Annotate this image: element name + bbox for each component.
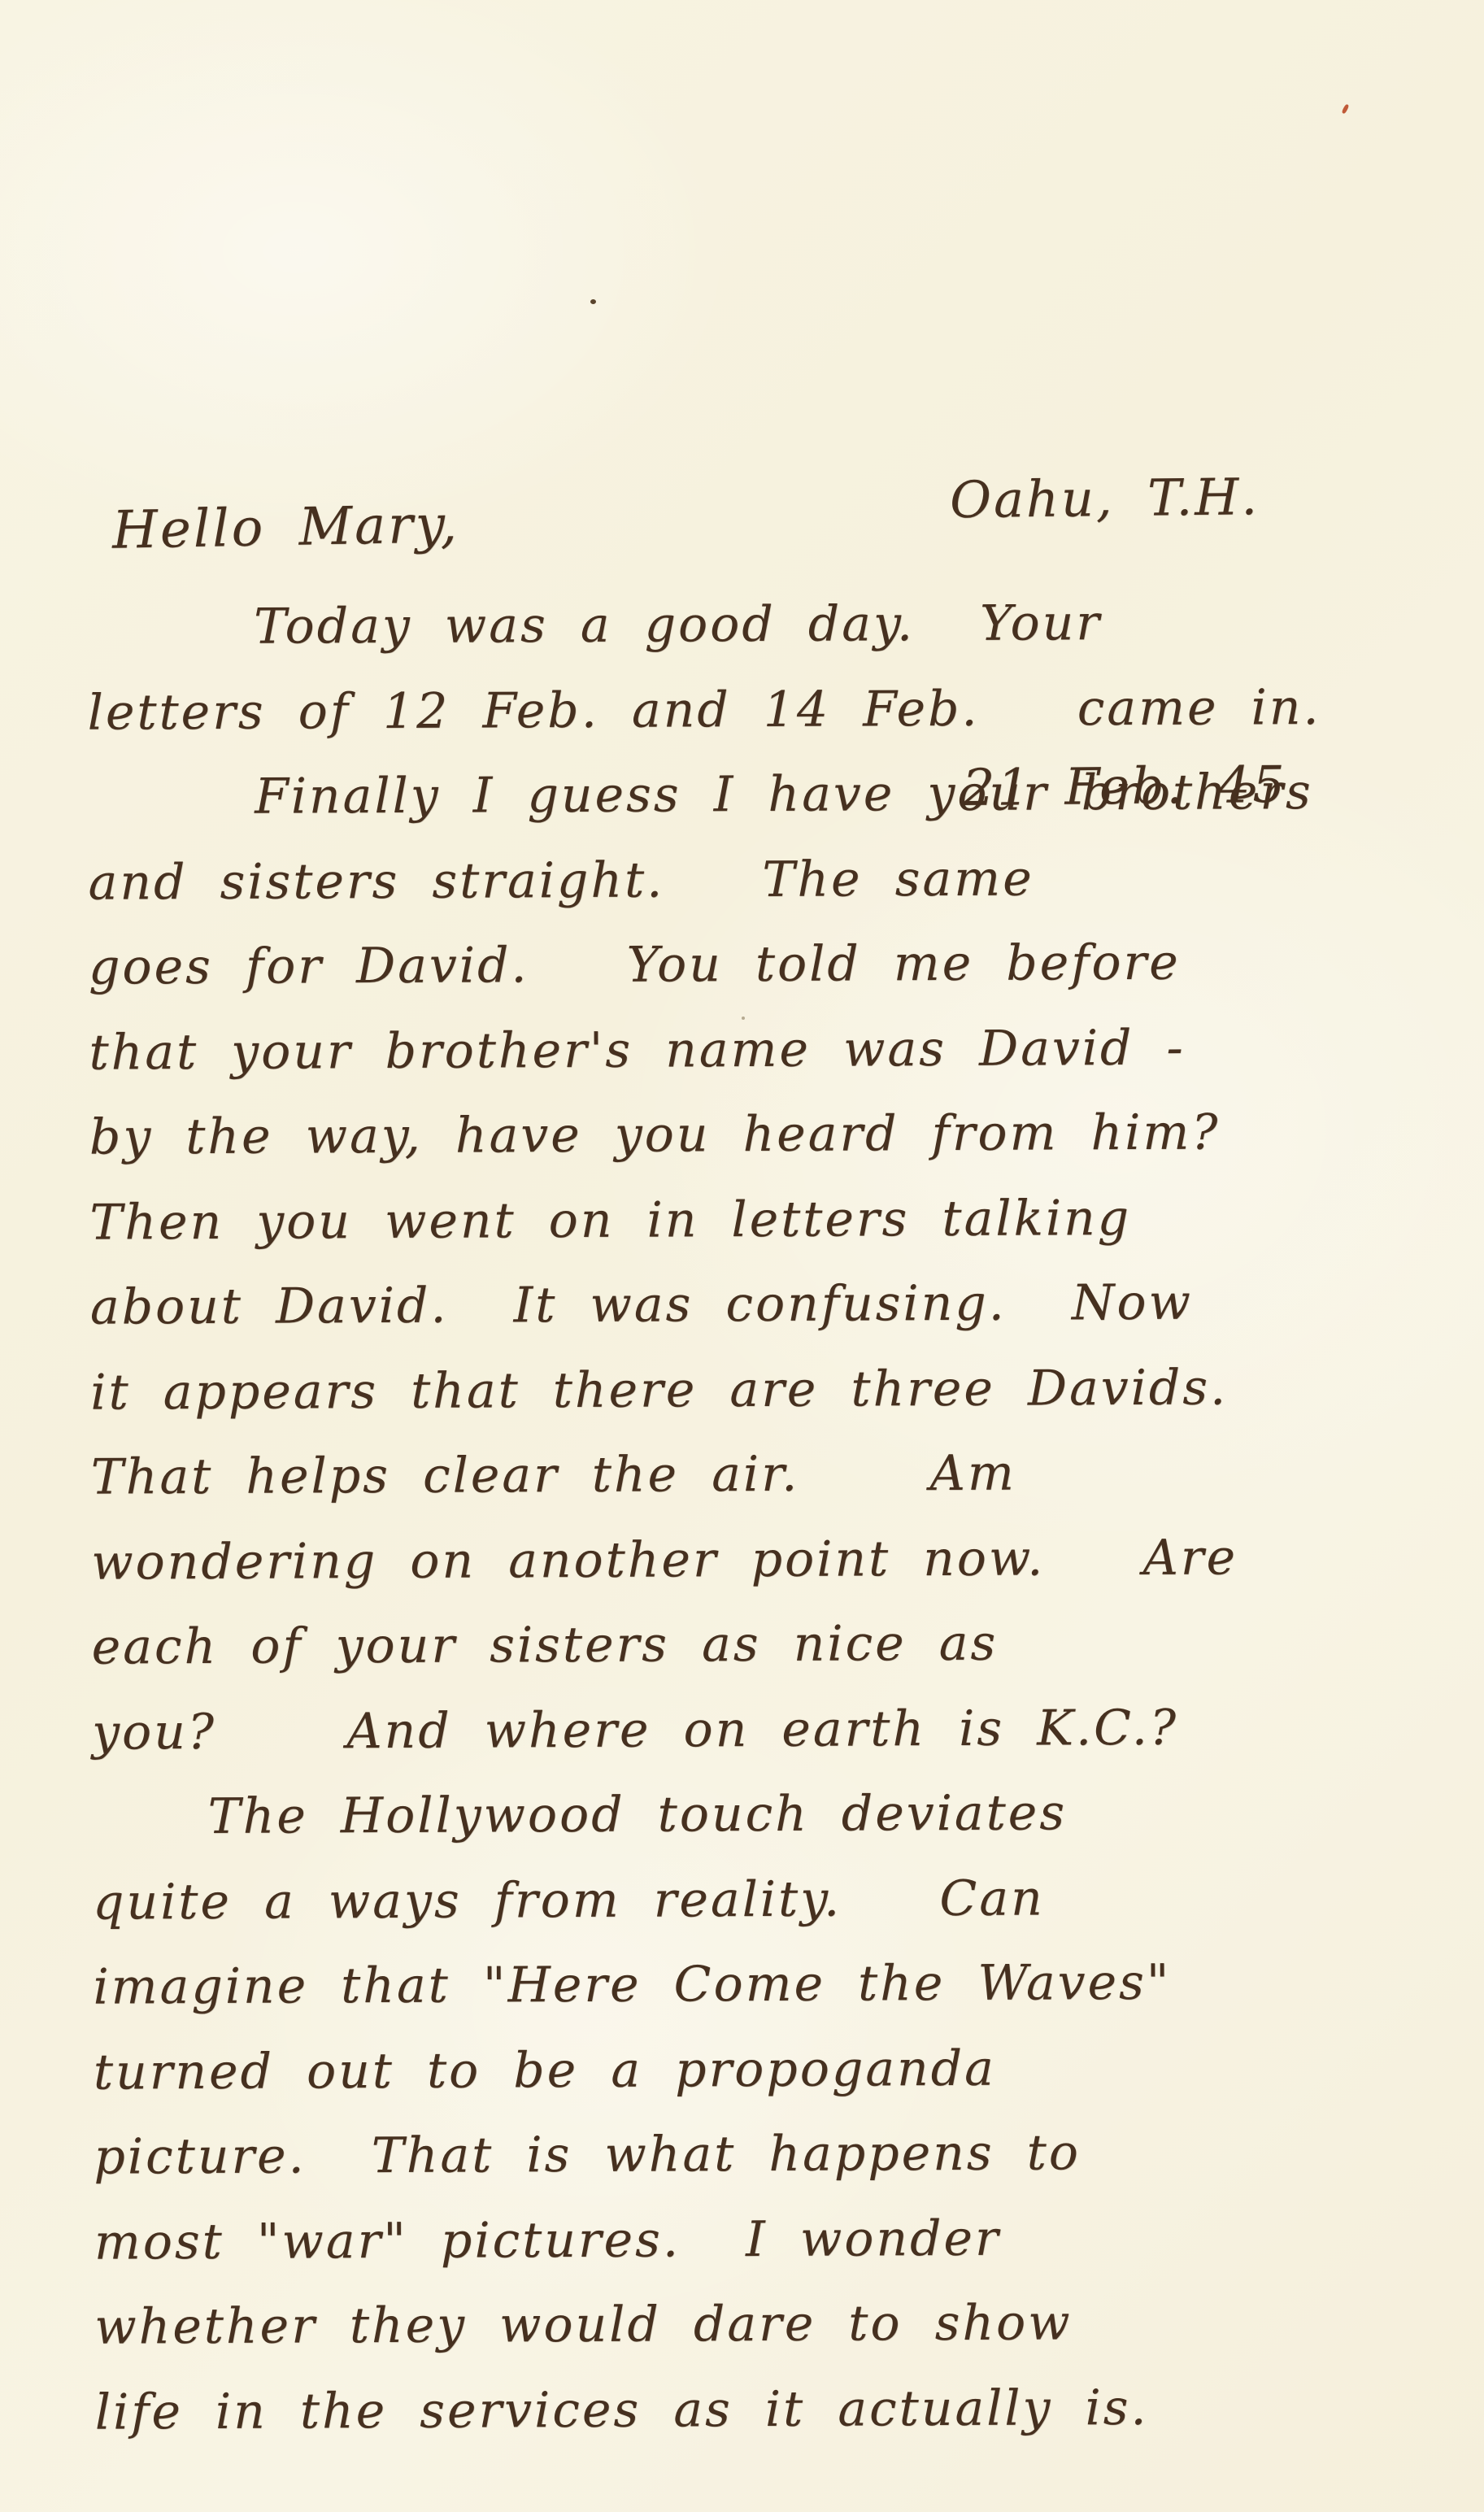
letter-line: you? And where on earth is K.C.?	[92, 1684, 1436, 1775]
letter-location: Oahu, T.H.	[950, 449, 1285, 548]
letter-line: Then you went on in letters talking	[89, 1174, 1434, 1265]
letter-page: Oahu, T.H. 21 Feb. 45 Hello Mary, Today …	[0, 0, 1484, 2512]
letter-line: quite a ways from reality. Can	[93, 1854, 1437, 1945]
letter-line: by the way, have you heard from him?	[89, 1089, 1434, 1180]
letter-line: about David. It was confusing. Now	[90, 1259, 1434, 1350]
letter-line: goes for David. You told me before	[89, 919, 1433, 1010]
letter-line: That helps clear the air. Am	[91, 1429, 1435, 1520]
letter-line: Today was a good day. Your	[87, 579, 1431, 670]
letter-line: The Hollywood touch deviates	[92, 1769, 1436, 1860]
letter-line: most "war" pictures. I wonder	[94, 2194, 1438, 2285]
letter-line: imagine that "Here Come the Waves"	[93, 1939, 1437, 2030]
letter-line: whether they would dare to show	[94, 2279, 1438, 2370]
letter-salutation: Hello Mary,	[111, 494, 459, 560]
letter-line: and sisters straight. The same	[88, 834, 1432, 925]
letter-line: wondering on another point now. Are	[91, 1514, 1435, 1605]
letter-line: turned out to be a propoganda	[94, 2024, 1438, 2115]
letter-line: letters of 12 Feb. and 14 Feb. came in.	[87, 664, 1431, 755]
paper-speck	[1341, 104, 1349, 115]
letter-line: picture. That is what happens to	[94, 2109, 1438, 2200]
letter-line: Finally I guess I have your brothers	[88, 749, 1432, 840]
letter-line: life in the services as it actually is.	[95, 2364, 1439, 2455]
paper-speck	[590, 299, 596, 304]
letter-body: Today was a good day. Your letters of 12…	[87, 579, 1439, 2454]
letter-line: it appears that there are three Davids.	[90, 1344, 1434, 1435]
letter-line: each of your sisters as nice as	[91, 1599, 1435, 1690]
letter-line: that your brother's name was David -	[89, 1004, 1433, 1095]
